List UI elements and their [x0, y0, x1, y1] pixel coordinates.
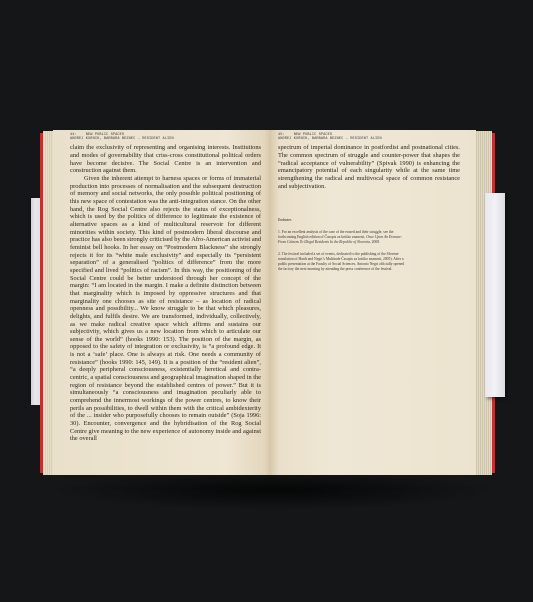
page-stack-left — [43, 131, 53, 475]
right-page: 45: NEW PUBLIC SPACES ANDREJ KURNIK, BAR… — [271, 130, 476, 475]
endnote-1: 1. For an excellent analysis of the case… — [278, 230, 408, 245]
paragraph: claim the exclusivity of representing an… — [70, 144, 261, 175]
book-shadow — [48, 470, 498, 510]
endnote-2: 2. The festival included a set of events… — [278, 252, 408, 272]
paragraph: Given the inherent attempt to harness sp… — [70, 175, 261, 443]
authors-and-title: ANDREJ KURNIK, BARBARA BEZNEC – RESIDENT… — [70, 137, 261, 141]
right-page-body: spectrum of imperial dominance in postfo… — [278, 144, 460, 190]
running-head-left: 44: NEW PUBLIC SPACES ANDREJ KURNIK, BAR… — [70, 133, 261, 141]
open-book: 44: NEW PUBLIC SPACES ANDREJ KURNIK, BAR… — [40, 130, 495, 475]
bookmark-tab-right — [485, 193, 505, 397]
authors-and-title: ANDREJ KURNIK, BARBARA BEZNEC – RESIDENT… — [278, 137, 460, 141]
left-page: 44: NEW PUBLIC SPACES ANDREJ KURNIK, BAR… — [53, 130, 271, 475]
paragraph: spectrum of imperial dominance in postfo… — [278, 144, 460, 190]
left-page-body: claim the exclusivity of representing an… — [70, 144, 261, 443]
endnotes-heading: Endnotes — [278, 218, 460, 222]
running-head-right: 45: NEW PUBLIC SPACES ANDREJ KURNIK, BAR… — [278, 133, 460, 141]
